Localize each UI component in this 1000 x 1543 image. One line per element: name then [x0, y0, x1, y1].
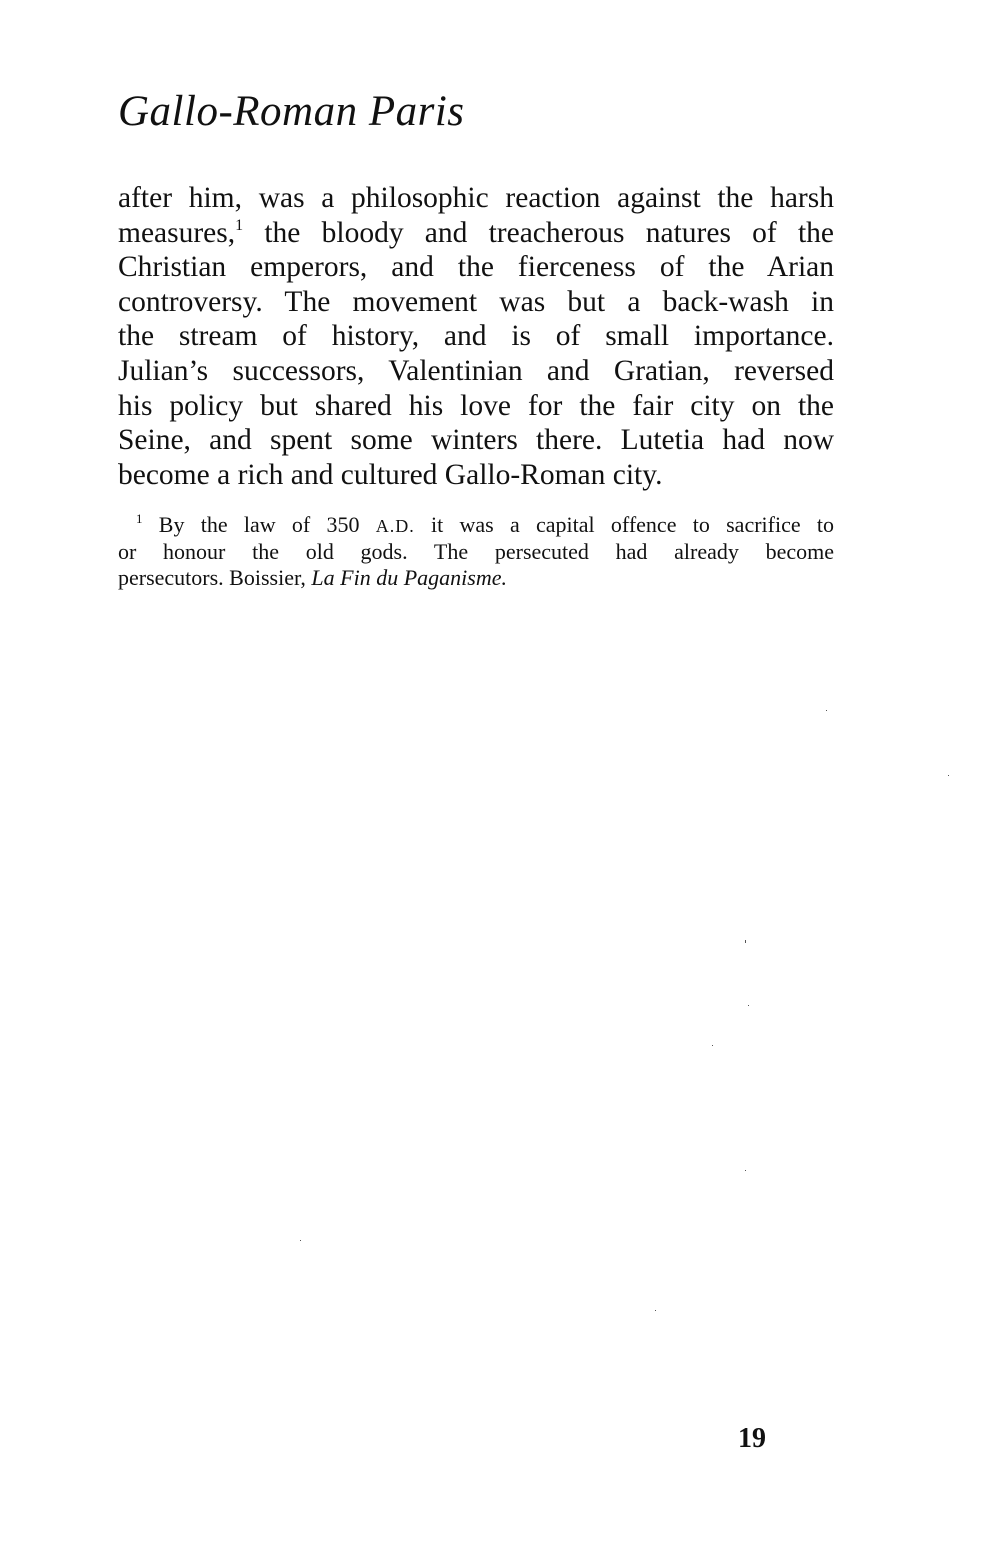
page-number: 19 [738, 1425, 766, 1453]
scan-speck [748, 1005, 749, 1006]
body-line: the stream of history, and is of small i… [118, 319, 834, 354]
cited-work-title: La Fin du Paganisme. [311, 565, 507, 590]
footnote-text: it was a capital offence to sacrifice to [415, 512, 834, 537]
scan-speck [300, 1240, 301, 1241]
body-line: controversy. The movement was but a back… [118, 285, 834, 320]
footnote-line: or honour the old gods. The persecuted h… [118, 539, 834, 566]
body-line-text: measures, [118, 217, 235, 249]
body-line: Julian’s successors, Valentinian and Gra… [118, 354, 834, 389]
footnote-reference[interactable]: 1 [235, 217, 243, 234]
footnote-text: persecutors. Boissier, [118, 565, 311, 590]
scan-speck [948, 775, 949, 776]
footnote: 1 By the law of 350 A.D. it was a capita… [118, 512, 834, 592]
body-line: Seine, and spent some winters there. Lut… [118, 423, 834, 458]
scan-speck [655, 1310, 656, 1311]
body-line-text: the bloody and treacherous natures of th… [243, 217, 834, 249]
footnote-line: persecutors. Boissier, La Fin du Paganis… [118, 565, 834, 592]
scan-speck [826, 710, 827, 711]
scan-speck [712, 1045, 713, 1046]
body-paragraph: after him, was a philosophic reaction ag… [118, 181, 834, 492]
body-line: his policy but shared his love for the f… [118, 389, 834, 424]
era-abbreviation: A.D. [376, 516, 415, 536]
body-line: become a rich and cultured Gallo-Roman c… [118, 458, 834, 493]
scan-speck [745, 1170, 746, 1171]
body-line: after him, was a philosophic reaction ag… [118, 181, 834, 216]
footnote-text: By the law of 350 [143, 512, 376, 537]
body-line: measures,1 the bloody and treacherous na… [118, 216, 834, 251]
footnote-line: 1 By the law of 350 A.D. it was a capita… [118, 512, 834, 539]
scan-speck [745, 940, 746, 943]
running-head: Gallo-Roman Paris [118, 90, 465, 133]
body-line: Christian emperors, and the fierceness o… [118, 250, 834, 285]
